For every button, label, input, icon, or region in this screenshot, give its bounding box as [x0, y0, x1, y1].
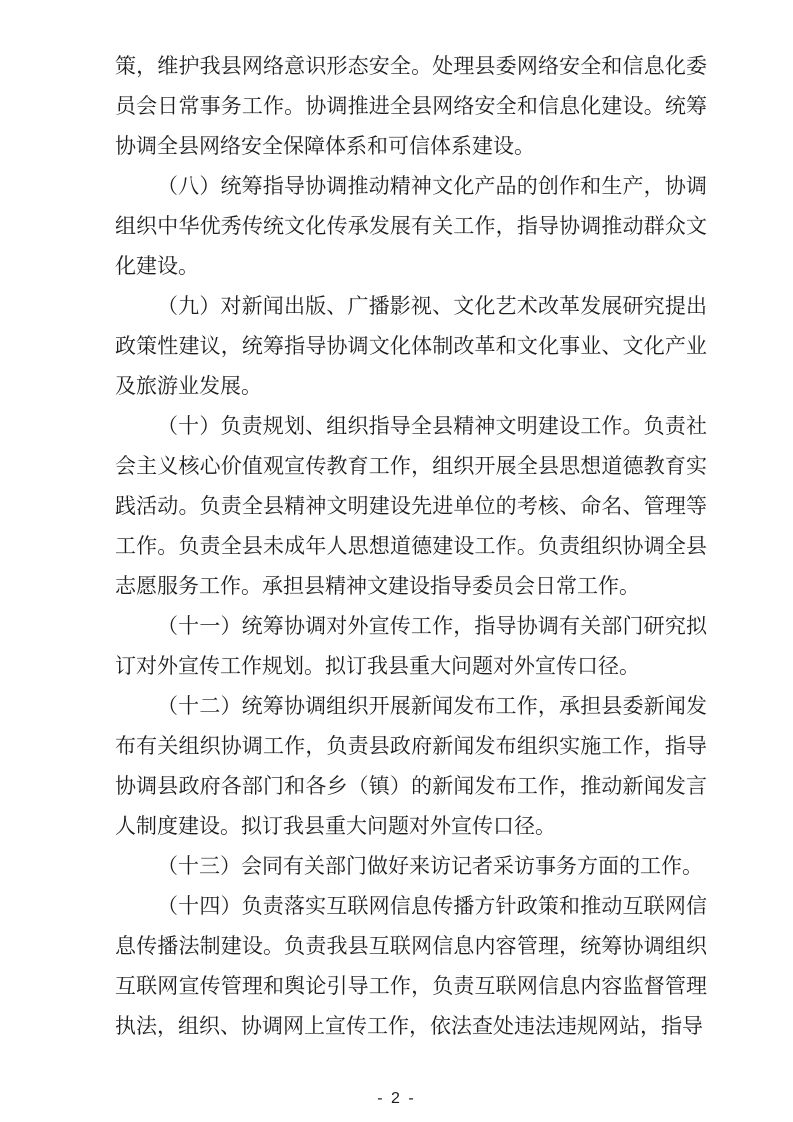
page-number: - 2 -: [377, 1090, 415, 1107]
paragraph-item-10: （十）负责规划、组织指导全县精神文明建设工作。负责社会主义核心价值观宣传教育工作…: [115, 406, 707, 606]
paragraph-item-8: （八）统筹指导协调推动精神文化产品的创作和生产，协调组织中华优秀传统文化传承发展…: [115, 166, 707, 286]
paragraph-item-13: （十三）会同有关部门做好来访记者采访事务方面的工作。: [115, 846, 707, 886]
document-body: 策，维护我县网络意识形态安全。处理县委网络安全和信息化委员会日常事务工作。协调推…: [115, 46, 707, 1046]
paragraph-item-11: （十一）统筹协调对外宣传工作，指导协调有关部门研究拟订对外宣传工作规划。拟订我县…: [115, 606, 707, 686]
document-page: 策，维护我县网络意识形态安全。处理县委网络安全和信息化委员会日常事务工作。协调推…: [0, 0, 793, 1122]
paragraph-item-12: （十二）统筹协调组织开展新闻发布工作，承担县委新闻发布有关组织协调工作，负责县政…: [115, 686, 707, 846]
paragraph-item-9: （九）对新闻出版、广播影视、文化艺术改革发展研究提出政策性建议，统筹指导协调文化…: [115, 286, 707, 406]
paragraph-continuation: 策，维护我县网络意识形态安全。处理县委网络安全和信息化委员会日常事务工作。协调推…: [115, 46, 707, 166]
paragraph-item-14: （十四）负责落实互联网信息传播方针政策和推动互联网信息传播法制建设。负责我县互联…: [115, 886, 707, 1046]
page-footer: - 2 -: [0, 1088, 793, 1108]
